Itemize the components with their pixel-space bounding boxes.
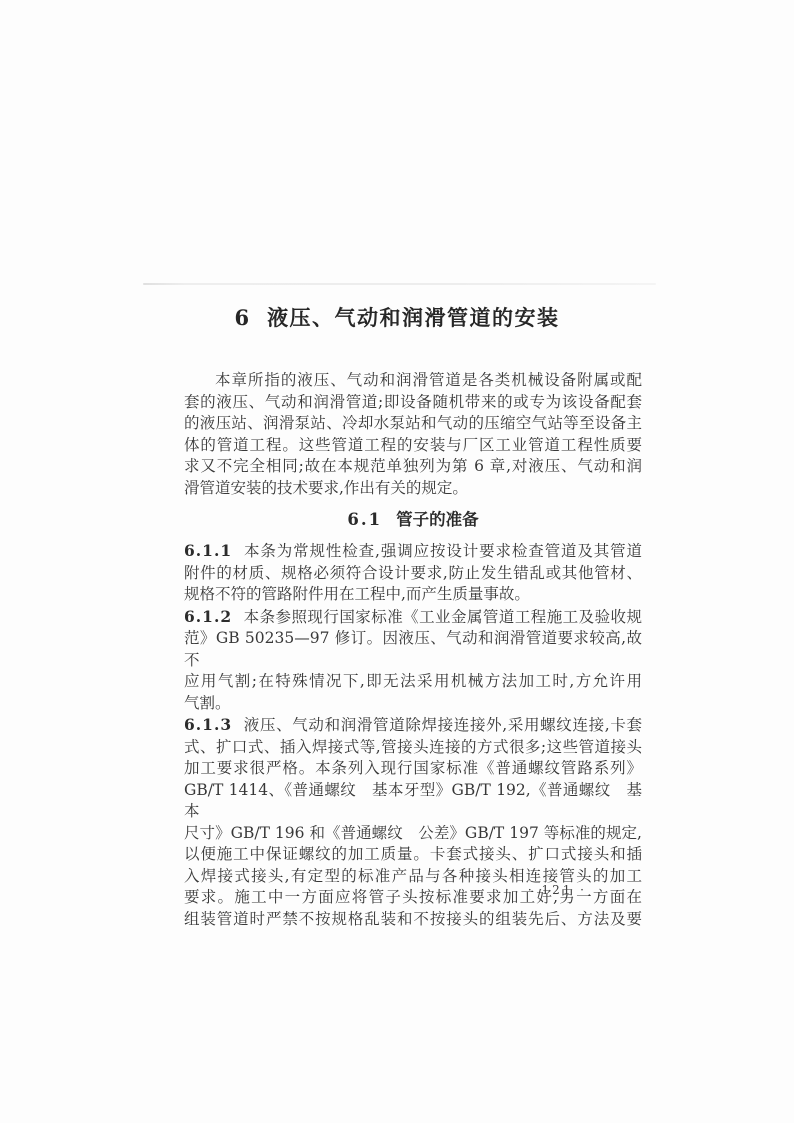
clause-number: 6.1.2 bbox=[184, 607, 232, 626]
scan-artifact-line bbox=[143, 283, 656, 285]
chapter-title: 6液压、气动和润滑管道的安装 bbox=[0, 302, 794, 332]
page-number: · 121 · bbox=[528, 883, 587, 897]
clause-number: 6.1.1 bbox=[184, 541, 232, 560]
clause-line: 规格不符的管路附件用在工程中,而产生质量事故。 bbox=[184, 584, 642, 606]
intro-line: 求又不完全相同;故在本规范单独列为第 6 章,对液压、气动和润 bbox=[184, 456, 642, 478]
clause-text: 液压、气动和润滑管道除焊接连接外,采用螺纹连接,卡套 bbox=[243, 716, 642, 734]
intro-line: 体的管道工程。这些管道工程的安装与厂区工业管道工程性质要 bbox=[184, 435, 642, 457]
intro-line: 套的液压、气动和润滑管道;即设备随机带来的或专为该设备配套 bbox=[184, 392, 642, 414]
clause-line: 附件的材质、规格必须符合设计要求,防止发生错乱或其他管材、 bbox=[184, 563, 642, 585]
clause-line: GB/T 1414、《普通螺纹 基本牙型》GB/T 192,《普通螺纹 基本 bbox=[184, 780, 642, 823]
clause-line: 气割。 bbox=[184, 693, 642, 715]
intro-line: 滑管道安装的技术要求,作出有关的规定。 bbox=[184, 478, 642, 500]
clause-first-line: 6.1.1本条为常规性检查,强调应按设计要求检查管道及其管道 bbox=[184, 540, 642, 563]
section-number: 6.1 bbox=[347, 510, 382, 529]
scanned-document-page: 6液压、气动和润滑管道的安装 本章所指的液压、气动和润滑管道是各类机械设备附属或… bbox=[0, 0, 794, 1123]
text-column: 本章所指的液压、气动和润滑管道是各类机械设备附属或配 套的液压、气动和润滑管道;… bbox=[184, 370, 642, 930]
section-title-text: 管子的准备 bbox=[396, 510, 479, 529]
clause-text: 本条为常规性检查,强调应按设计要求检查管道及其管道 bbox=[243, 542, 642, 560]
clause-line: 组装管道时严禁不按规格乱装和不按接头的组装先后、方法及要 bbox=[184, 909, 642, 931]
clause-line: 加工要求很严格。本条列入现行国家标准《普通螺纹管路系列》 bbox=[184, 758, 642, 780]
section-heading: 6.1管子的准备 bbox=[184, 507, 642, 533]
chapter-number: 6 bbox=[234, 305, 249, 330]
intro-line: 本章所指的液压、气动和润滑管道是各类机械设备附属或配 bbox=[184, 370, 642, 392]
chapter-title-text: 液压、气动和润滑管道的安装 bbox=[267, 305, 560, 330]
clause-line: 范》GB 50235—97 修订。因液压、气动和润滑管道要求较高,故不 bbox=[184, 628, 642, 671]
intro-line: 的液压站、润滑泵站、冷却水泵站和气动的压缩空气站等至设备主 bbox=[184, 413, 642, 435]
clause-line: 以便施工中保证螺纹的加工质量。卡套式接头、扩口式接头和插 bbox=[184, 844, 642, 866]
clause-text: 本条参照现行国家标准《工业金属管道工程施工及验收规 bbox=[243, 608, 642, 626]
clause-first-line: 6.1.3液压、气动和润滑管道除焊接连接外,采用螺纹连接,卡套 bbox=[184, 714, 642, 737]
clause-number: 6.1.3 bbox=[184, 715, 232, 734]
clause-first-line: 6.1.2本条参照现行国家标准《工业金属管道工程施工及验收规 bbox=[184, 606, 642, 629]
clause-line: 尺寸》GB/T 196 和《普通螺纹 公差》GB/T 197 等标准的规定, bbox=[184, 823, 642, 845]
clause-line: 应用气割;在特殊情况下,即无法采用机械方法加工时,方允许用 bbox=[184, 671, 642, 693]
clause-line: 式、扩口式、插入焊接式等,管接头连接的方式很多;这些管道接头 bbox=[184, 737, 642, 759]
